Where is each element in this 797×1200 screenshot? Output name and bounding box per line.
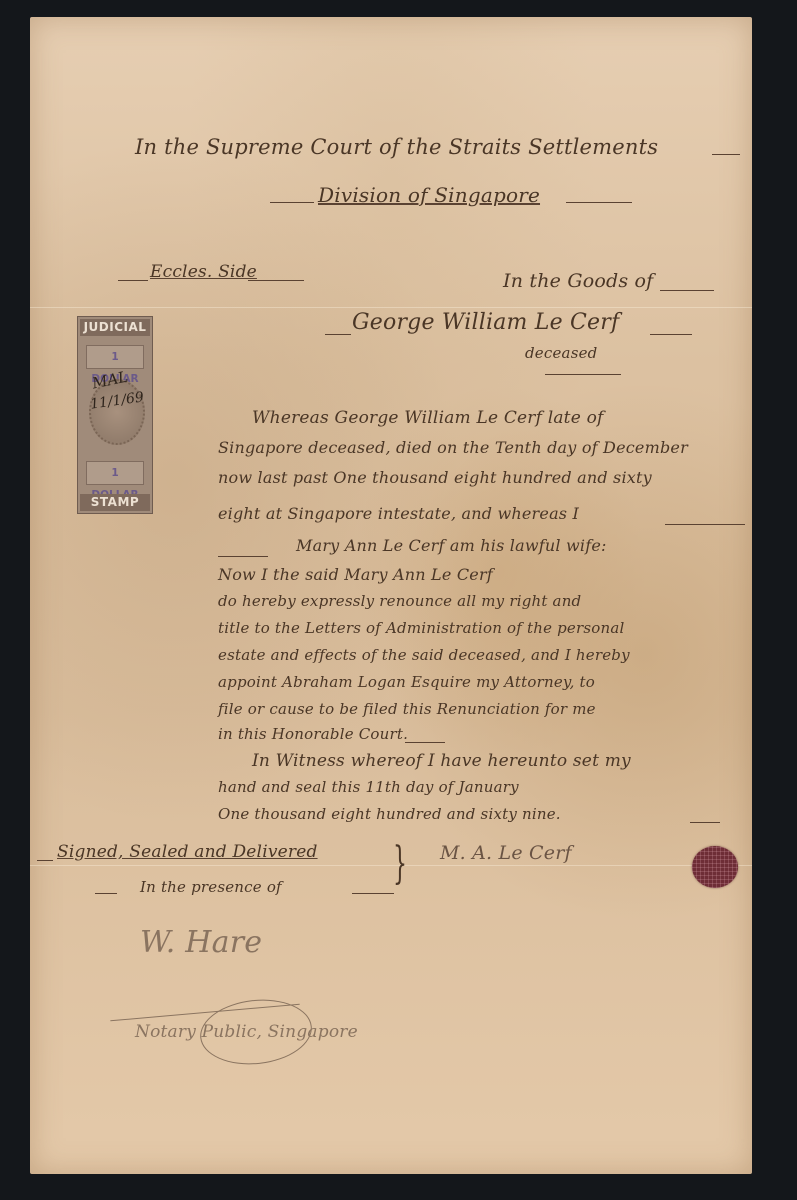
rule <box>248 280 304 281</box>
judicial-stamp: JUDICIAL 1 DOLLAR MAL 11/1/69 1 DOLLAR S… <box>77 316 153 514</box>
deceased-label: deceased <box>525 344 597 362</box>
deceased-name: George William Le Cerf <box>352 310 619 335</box>
signatory-signature: M. A. Le Cerf <box>440 842 572 864</box>
body-line: do hereby expressly renounce all my righ… <box>218 592 581 610</box>
brace: } <box>393 838 407 889</box>
witness-signature: W. Hare <box>140 925 262 960</box>
body-line: in this Honorable Court. <box>218 725 408 743</box>
attestation-in-presence-of: In the presence of <box>140 878 282 896</box>
rule <box>405 742 445 743</box>
body-line: hand and seal this 11th day of January <box>218 778 519 796</box>
body-line: One thousand eight hundred and sixty nin… <box>218 805 561 823</box>
fold-line <box>30 307 752 308</box>
rule <box>665 524 745 525</box>
heading-rule <box>566 202 632 203</box>
rule <box>690 822 720 823</box>
body-line: appoint Abraham Logan Esquire my Attorne… <box>218 673 595 691</box>
body-line: Now I the said Mary Ann Le Cerf <box>218 565 493 584</box>
rule <box>218 556 268 557</box>
body-line: Singapore deceased, died on the Tenth da… <box>218 438 688 457</box>
heading-rule <box>270 202 314 203</box>
court-heading: In the Supreme Court of the Straits Sett… <box>135 135 658 159</box>
rule <box>650 334 692 335</box>
attestation-signed-sealed-delivered: Signed, Sealed and Delivered <box>57 842 318 862</box>
body-line: In Witness whereof I have hereunto set m… <box>252 751 631 771</box>
stamp-top-label: JUDICIAL <box>80 319 150 336</box>
body-line: now last past One thousand eight hundred… <box>218 468 652 487</box>
fold-line <box>30 865 752 866</box>
rule <box>95 893 117 894</box>
heading-rule <box>712 154 740 155</box>
jurisdiction-label: Eccles. Side <box>150 262 257 282</box>
body-line: title to the Letters of Administration o… <box>218 619 625 637</box>
rule <box>325 334 351 335</box>
body-line: Mary Ann Le Cerf am his lawful wife: <box>296 536 607 555</box>
stamp-value-bottom: 1 DOLLAR <box>86 461 144 485</box>
stamp-value-top: 1 DOLLAR <box>86 345 144 369</box>
stamp-bottom-label: STAMP <box>80 494 150 511</box>
in-the-goods-of: In the Goods of <box>503 270 653 292</box>
rule <box>37 860 53 861</box>
rule <box>118 280 148 281</box>
witness-title: Notary Public, Singapore <box>135 1022 358 1042</box>
wax-seal <box>692 846 738 888</box>
rule <box>545 374 621 375</box>
rule <box>660 290 714 291</box>
body-line: estate and effects of the said deceased,… <box>218 646 630 664</box>
rule <box>352 893 394 894</box>
body-line: file or cause to be filed this Renunciat… <box>218 700 596 718</box>
body-line: Whereas George William Le Cerf late of <box>252 408 604 428</box>
division-heading: Division of Singapore <box>318 183 540 207</box>
body-line: eight at Singapore intestate, and wherea… <box>218 504 579 523</box>
